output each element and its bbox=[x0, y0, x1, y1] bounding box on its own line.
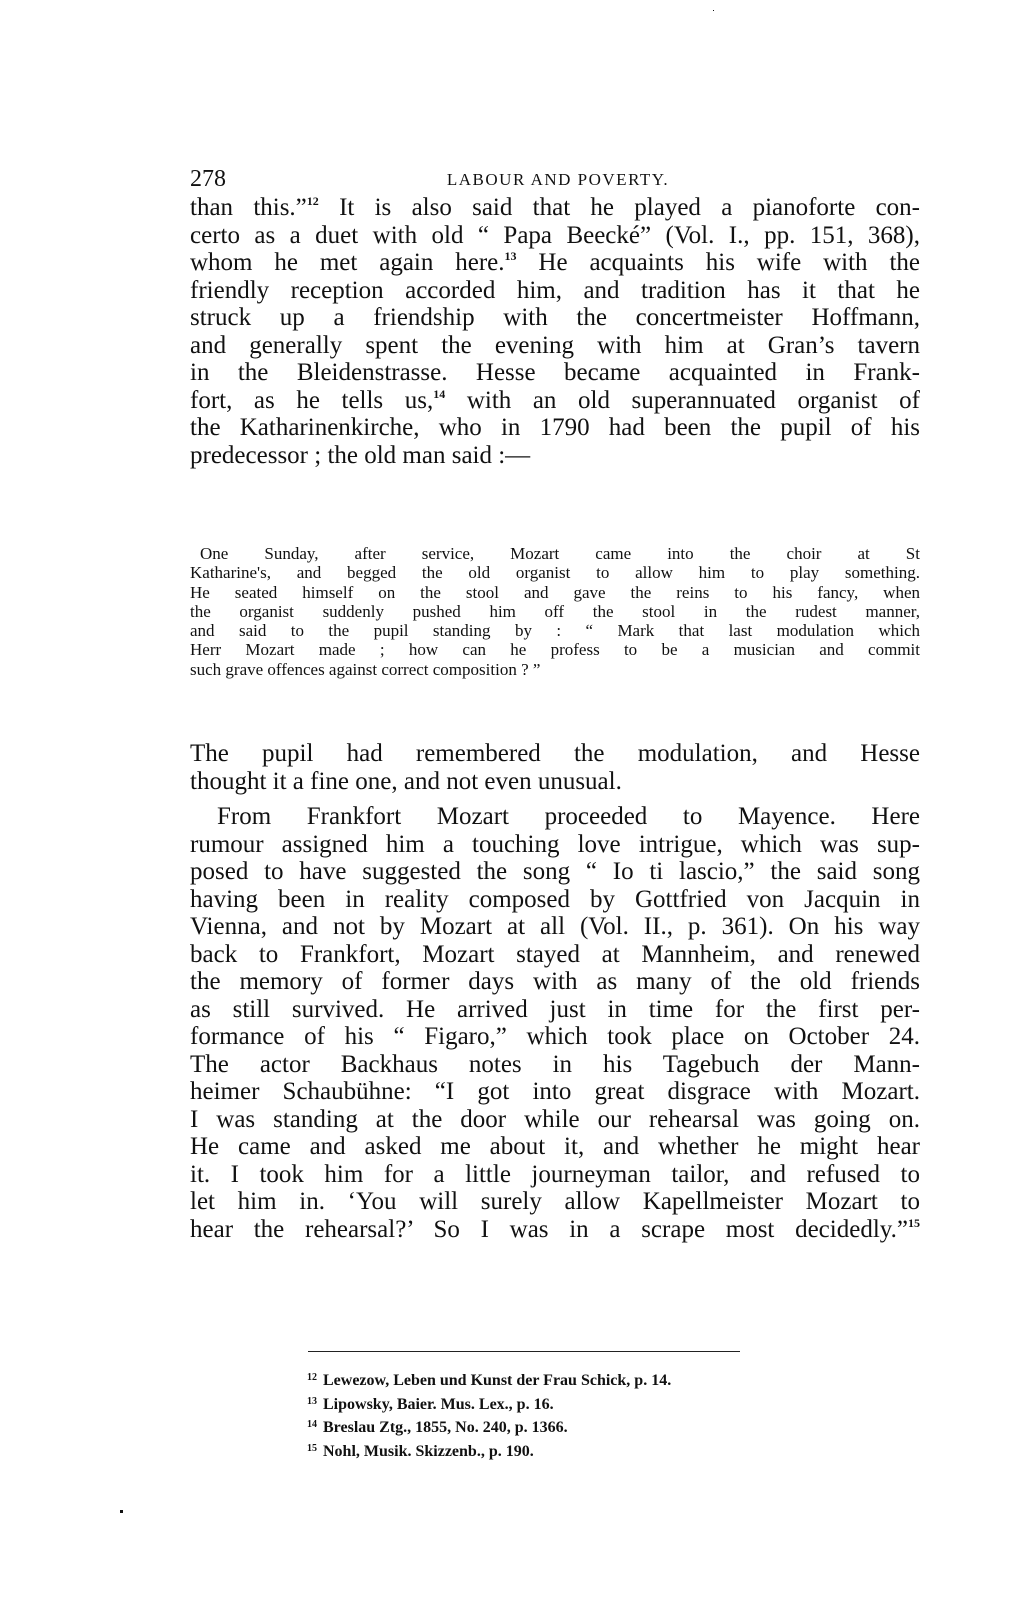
paragraph-1: than this.”12 It is also said that he pl… bbox=[190, 194, 920, 469]
footnote-ref: 12 bbox=[307, 194, 319, 208]
text-line: fort, as he tells us,14 with an old supe… bbox=[190, 387, 920, 415]
text-line: The pupil had remembered the modulation,… bbox=[190, 740, 920, 768]
text-line: back to Frankfort, Mozart stayed at Mann… bbox=[190, 941, 920, 969]
quote-line: Herr Mozart made ; how can he profess to… bbox=[190, 640, 920, 659]
footnote-mark: 14 bbox=[307, 1419, 317, 1430]
text-line: whom he met again here.13 He acquaints h… bbox=[190, 249, 920, 277]
text-line: certo as a duet with old “ Papa Beecké” … bbox=[190, 222, 920, 250]
scan-speck bbox=[120, 1510, 123, 1513]
quote-line: the organist suddenly pushed him off the… bbox=[190, 602, 920, 621]
text-line: Vienna, and not by Mozart at all (Vol. I… bbox=[190, 913, 920, 941]
footnote-mark: 15 bbox=[307, 1443, 317, 1454]
paragraph-3: From Frankfort Mozart proceeded to Mayen… bbox=[190, 803, 920, 1243]
block-quote: One Sunday, after service, Mozart came i… bbox=[190, 544, 920, 679]
text-line: rumour assigned him a touching love intr… bbox=[190, 831, 920, 859]
text-line: having been in reality composed by Gottf… bbox=[190, 886, 920, 914]
text-line: in the Bleidenstrasse. Hesse became acqu… bbox=[190, 359, 920, 387]
footnote-divider bbox=[308, 1351, 740, 1352]
quote-line: and said to the pupil standing by : “ Ma… bbox=[190, 621, 920, 640]
footnote: 12Lewezow, Leben und Kunst der Frau Schi… bbox=[307, 1368, 827, 1392]
footnote-ref: 14 bbox=[433, 387, 445, 401]
paragraph-2: The pupil had remembered the modulation,… bbox=[190, 740, 920, 795]
text-line: formance of his “ Figaro,” which took pl… bbox=[190, 1023, 920, 1051]
text-line: struck up a friendship with the concertm… bbox=[190, 304, 920, 332]
quote-line: One Sunday, after service, Mozart came i… bbox=[190, 544, 920, 563]
text-line: He came and asked me about it, and wheth… bbox=[190, 1133, 920, 1161]
quote-line: such grave offences against correct comp… bbox=[190, 660, 920, 679]
text-line: thought it a fine one, and not even unus… bbox=[190, 768, 920, 796]
scan-speck bbox=[713, 10, 714, 11]
quote-line: Katharine's, and begged the old organist… bbox=[190, 563, 920, 582]
footnote-ref: 13 bbox=[505, 249, 517, 263]
quote-line: He seated himself on the stool and gave … bbox=[190, 583, 920, 602]
footnotes: 12Lewezow, Leben und Kunst der Frau Schi… bbox=[307, 1368, 827, 1462]
text-line: From Frankfort Mozart proceeded to Mayen… bbox=[190, 803, 920, 831]
footnote-ref: 15 bbox=[908, 1216, 920, 1230]
text-line: than this.”12 It is also said that he pl… bbox=[190, 194, 920, 222]
text-line: as still survived. He arrived just in ti… bbox=[190, 996, 920, 1024]
text-line: friendly reception accorded him, and tra… bbox=[190, 277, 920, 305]
footnote-mark: 13 bbox=[307, 1396, 317, 1407]
text-line: The actor Backhaus notes in his Tagebuch… bbox=[190, 1051, 920, 1079]
running-head: 278 LABOUR AND POVERTY. bbox=[190, 166, 920, 196]
text-line: let him in. ‘You will surely allow Kapel… bbox=[190, 1188, 920, 1216]
text-line: posed to have suggested the song “ Io ti… bbox=[190, 858, 920, 886]
text-line: the memory of former days with as many o… bbox=[190, 968, 920, 996]
footnote-mark: 12 bbox=[307, 1372, 317, 1383]
text-line: I was standing at the door while our reh… bbox=[190, 1106, 920, 1134]
footnote: 15Nohl, Musik. Skizzenb., p. 190. bbox=[307, 1439, 827, 1463]
text-line: and generally spent the evening with him… bbox=[190, 332, 920, 360]
book-page: 278 LABOUR AND POVERTY. than this.”12 It… bbox=[0, 0, 1034, 1600]
text-line: hear the rehearsal?’ So I was in a scrap… bbox=[190, 1216, 920, 1244]
footnote: 14Breslau Ztg., 1855, No. 240, p. 1366. bbox=[307, 1415, 827, 1439]
text-line: heimer Schaubühne: “I got into great dis… bbox=[190, 1078, 920, 1106]
running-title: LABOUR AND POVERTY. bbox=[190, 170, 920, 190]
text-line: the Katharinenkirche, who in 1790 had be… bbox=[190, 414, 920, 442]
text-line: predecessor ; the old man said :— bbox=[190, 442, 920, 470]
footnote: 13Lipowsky, Baier. Mus. Lex., p. 16. bbox=[307, 1392, 827, 1416]
text-line: it. I took him for a little journeyman t… bbox=[190, 1161, 920, 1189]
